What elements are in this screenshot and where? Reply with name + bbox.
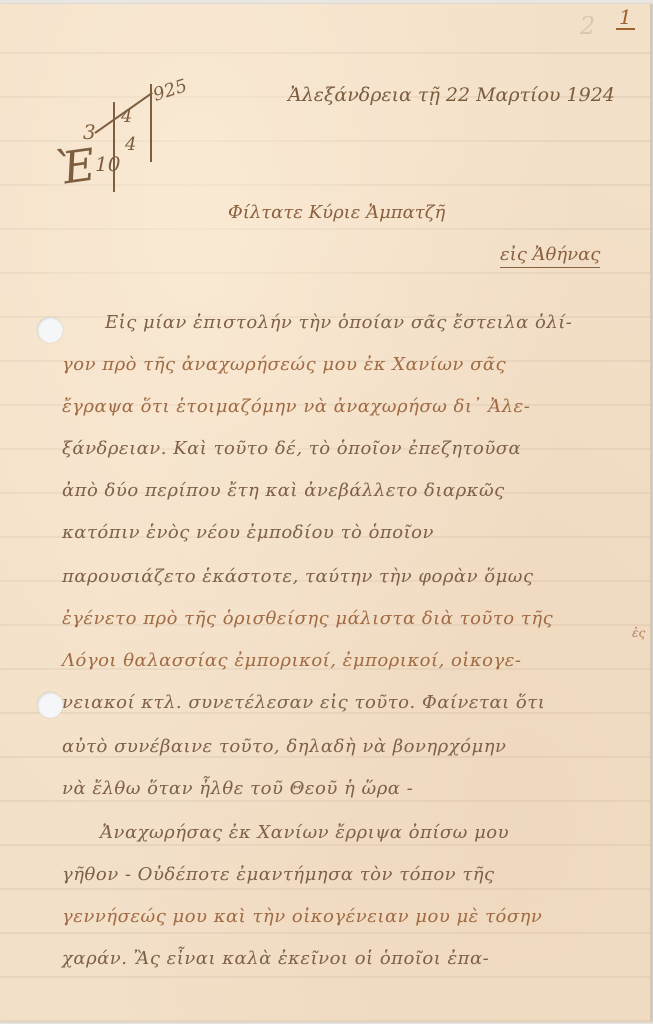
letter-dateline: Ἀλεξάνδρεια τῇ 22 Μαρτίου 1924 xyxy=(288,84,615,106)
letter-line: ξάνδρειαν. Καὶ τοῦτο δέ, τὸ ὁποῖον ἐπεζη… xyxy=(62,438,521,459)
letter-line: γῆθον - Οὐδέποτε ἐμαντήμησα τὸν τόπον τῆ… xyxy=(62,864,495,885)
letter-page: 2 1 Ὲ 3 10 4 4 925 Ἀλεξάνδρεια τῇ 22 Μαρ… xyxy=(0,4,652,1022)
letter-line: ἐγένετο πρὸ τῆς ὁρισθείσης μάλιστα διὰ τ… xyxy=(62,608,553,629)
letter-line: κατόπιν ἑνὸς νέου ἐμποδίου τὸ ὁποῖον xyxy=(62,522,434,543)
ref-note-divider-2 xyxy=(150,84,152,162)
ref-note-year: 925 xyxy=(151,75,190,106)
ref-note-frac-top: 4 xyxy=(121,106,132,127)
page-number: 1 xyxy=(616,6,635,30)
letter-line: νειακοί κτλ. συνετέλεσαν εἰς τοῦτο. Φαίν… xyxy=(62,692,545,713)
letter-line: χαράν. Ἂς εἶναι καλὰ ἐκεῖνοι οἱ ὁποῖοι ἐ… xyxy=(62,948,489,969)
letter-line: νὰ ἔλθω ὅταν ἦλθε τοῦ Θεοῦ ἡ ὥρα - xyxy=(62,778,413,799)
letter-line: ἔγραψα ὅτι ἑτοιμαζόμην νὰ ἀναχωρήσω δι᾿ … xyxy=(62,396,530,417)
ref-note-divider xyxy=(113,102,115,192)
ref-note-num-bottom: 10 xyxy=(95,152,120,176)
margin-annotation: ἐς xyxy=(632,626,645,640)
letter-line: παρουσιάζετο ἑκάστοτε, ταύτην τὴν φορὰν … xyxy=(62,566,534,587)
faint-page-mark: 2 xyxy=(580,12,595,40)
letter-line: ἀπὸ δύο περίπου ἔτη καὶ ἀνεβάλλετο διαρκ… xyxy=(62,480,505,501)
letter-line: Λόγοι θαλασσίας ἐμπορικοί, ἐμπορικοί, οἰ… xyxy=(62,650,522,671)
letter-salutation: Φίλτατε Κύριε Ἀμπατζῆ xyxy=(228,202,445,223)
punch-hole xyxy=(37,692,63,718)
punch-hole xyxy=(37,317,63,343)
letter-line: γον πρὸ τῆς ἀναχωρήσεώς μου ἐκ Χανίων σᾶ… xyxy=(62,354,506,375)
letter-line: Εἰς μίαν ἐπιστολήν τὴν ὁποίαν σᾶς ἔστειλ… xyxy=(105,312,572,333)
archive-reference-note: Ὲ 3 10 4 4 925 xyxy=(55,72,225,202)
letter-line: Ἀναχωρήσας ἐκ Χανίων ἔρριψα ὀπίσω μου xyxy=(100,822,509,843)
letter-destination: εἰς Ἀθήνας xyxy=(500,244,600,268)
letter-line: γεννήσεώς μου καὶ τὴν οἰκογένειαν μου μὲ… xyxy=(62,906,542,927)
ref-note-letter: Ὲ xyxy=(52,139,99,195)
ref-note-frac-bottom: 4 xyxy=(125,134,136,155)
letter-line: αὐτὸ συνέβαινε τοῦτο, δηλαδὴ νὰ βονηρχόμ… xyxy=(62,736,506,757)
